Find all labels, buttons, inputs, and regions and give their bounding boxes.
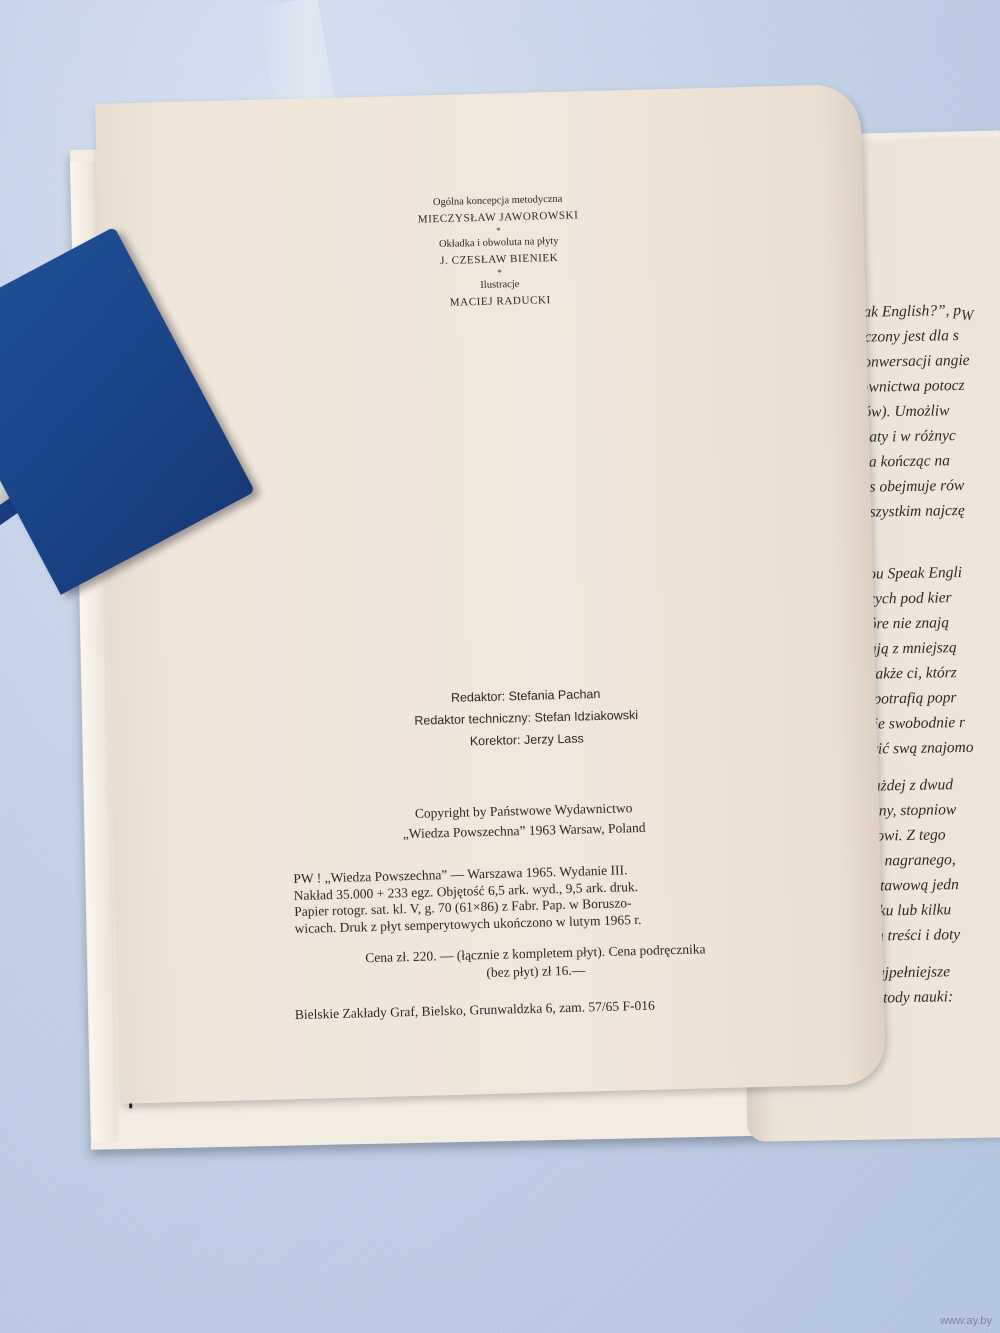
printer-line: Bielskie Zakłady Graf, Bielsko, Grunwald… [295, 995, 775, 1024]
price-block: Cena zł. 220. — (łącznie z kompletem pły… [297, 939, 774, 987]
credits-block: Ogólna koncepcja metodyczna MIECZYSŁAW J… [363, 190, 636, 313]
paper-speck [129, 1103, 132, 1108]
editorial-staff: Redaktor: Stefania Pachan Redaktor techn… [375, 681, 677, 755]
watermark: www.ay.by [940, 1315, 992, 1327]
left-page: Ogólna koncepcja metodyczna MIECZYSŁAW J… [95, 84, 886, 1104]
copyright-notice: Copyright by Państwowe Wydawnictwo „Wied… [353, 797, 694, 846]
imprint-block: PW ! „Wiedza Powszechna” — Warszawa 1965… [293, 859, 771, 937]
